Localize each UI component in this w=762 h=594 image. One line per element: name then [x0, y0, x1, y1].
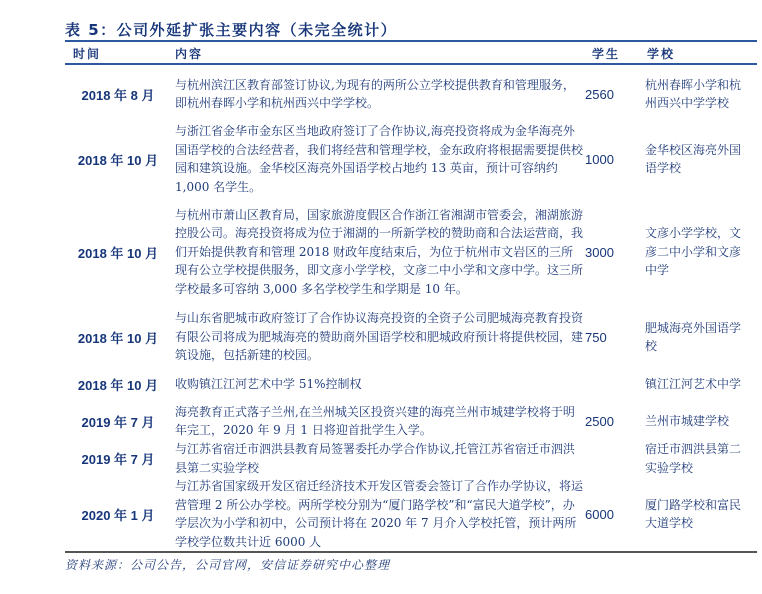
- school-cell: 兰州市城建学校: [645, 402, 745, 440]
- date-cell: 2019 年 7 月: [65, 402, 171, 440]
- table-row: 2018 年 10 月 收购镇江江河艺术中学 51%控制权 镇江江河艺术中学: [65, 366, 757, 402]
- date-cell: 2018 年 10 月: [65, 308, 171, 366]
- school-cell: 肥城海亮外国语学校: [645, 308, 745, 366]
- students-cell: 3000: [585, 196, 645, 308]
- source-note: 资料来源：公司公告，公司官网，安信证券研究中心整理: [65, 556, 390, 573]
- school-cell: 杭州春晖小学和杭州西兴中学学校: [645, 66, 745, 122]
- content-cell: 收购镇江江河艺术中学 51%控制权: [175, 366, 583, 402]
- table-row: 2018 年 10 月 与杭州市萧山区教育局，国家旅游度假区合作浙江省湘湖市管委…: [65, 196, 757, 308]
- date-cell: 2019 年 7 月: [65, 440, 171, 477]
- table-row: 2019 年 7 月 与江苏省宿迁市泗洪县教育局签署委托办学合作协议,托管江苏省…: [65, 440, 757, 477]
- students-cell: 2560: [585, 66, 645, 122]
- students-cell: [585, 440, 645, 477]
- content-cell: 与山东省肥城市政府签订了合作协议海亮投资的全资子公司肥城海亮教育投资有限公司将成…: [175, 308, 583, 366]
- content-cell: 海亮教育正式落子兰州,在兰州城关区投资兴建的海亮兰州市城建学校将于明年完工，20…: [175, 402, 583, 440]
- students-cell: 750: [585, 308, 645, 366]
- students-cell: 6000: [585, 477, 645, 551]
- header-rule: [65, 63, 757, 65]
- bottom-rule: [65, 551, 757, 553]
- students-cell: 1000: [585, 122, 645, 196]
- content-cell: 与杭州市萧山区教育局，国家旅游度假区合作浙江省湘湖市管委会，湘湖旅游控股公司。海…: [175, 196, 583, 308]
- header-date: 时间: [73, 45, 101, 62]
- content-cell: 与江苏省宿迁市泗洪县教育局签署委托办学合作协议,托管江苏省宿迁市泗洪县第二实验学…: [175, 440, 583, 477]
- table-row: 2019 年 7 月 海亮教育正式落子兰州,在兰州城关区投资兴建的海亮兰州市城建…: [65, 402, 757, 440]
- content-cell: 与江苏省国家级开发区宿迁经济技术开发区管委会签订了合作办学协议，将运营管理 2 …: [175, 477, 583, 551]
- content-cell: 与杭州滨江区教育部签订协议,为现有的两所公立学校提供教育和管理服务，即杭州春晖小…: [175, 66, 583, 122]
- header-students: 学生: [592, 45, 620, 62]
- content-cell: 与浙江省金华市金东区当地政府签订了合作协议,海亮投资将成为金华海亮外国语学校的合…: [175, 122, 583, 196]
- header-school: 学校: [647, 45, 675, 62]
- students-cell: [585, 366, 645, 402]
- school-cell: 文彦小学学校，文彦二中小学和文彦中学: [645, 196, 745, 308]
- table-row: 2018 年 10 月 与浙江省金华市金东区当地政府签订了合作协议,海亮投资将成…: [65, 122, 757, 196]
- students-cell: 2500: [585, 402, 645, 440]
- school-cell: 镇江江河艺术中学: [645, 366, 745, 402]
- date-cell: 2018 年 10 月: [65, 366, 171, 402]
- date-cell: 2018 年 10 月: [65, 196, 171, 308]
- school-cell: 金华校区海亮外国语学校: [645, 122, 745, 196]
- date-cell: 2018 年 8 月: [65, 66, 171, 122]
- table-row: 2018 年 10 月 与山东省肥城市政府签订了合作协议海亮投资的全资子公司肥城…: [65, 308, 757, 366]
- header-content: 内容: [175, 45, 203, 62]
- table-row: 2020 年 1 月 与江苏省国家级开发区宿迁经济技术开发区管委会签订了合作办学…: [65, 477, 757, 551]
- school-cell: 厦门路学校和富民大道学校: [645, 477, 745, 551]
- table-row: 2018 年 8 月 与杭州滨江区教育部签订协议,为现有的两所公立学校提供教育和…: [65, 66, 757, 122]
- table-title: 表 5：公司外延扩张主要内容（未完全统计）: [65, 19, 397, 40]
- date-cell: 2018 年 10 月: [65, 122, 171, 196]
- date-cell: 2020 年 1 月: [65, 477, 171, 551]
- table-header: 时间 内容 学生 学校: [65, 42, 757, 63]
- school-cell: 宿迁市泗洪县第二实验学校: [645, 440, 745, 477]
